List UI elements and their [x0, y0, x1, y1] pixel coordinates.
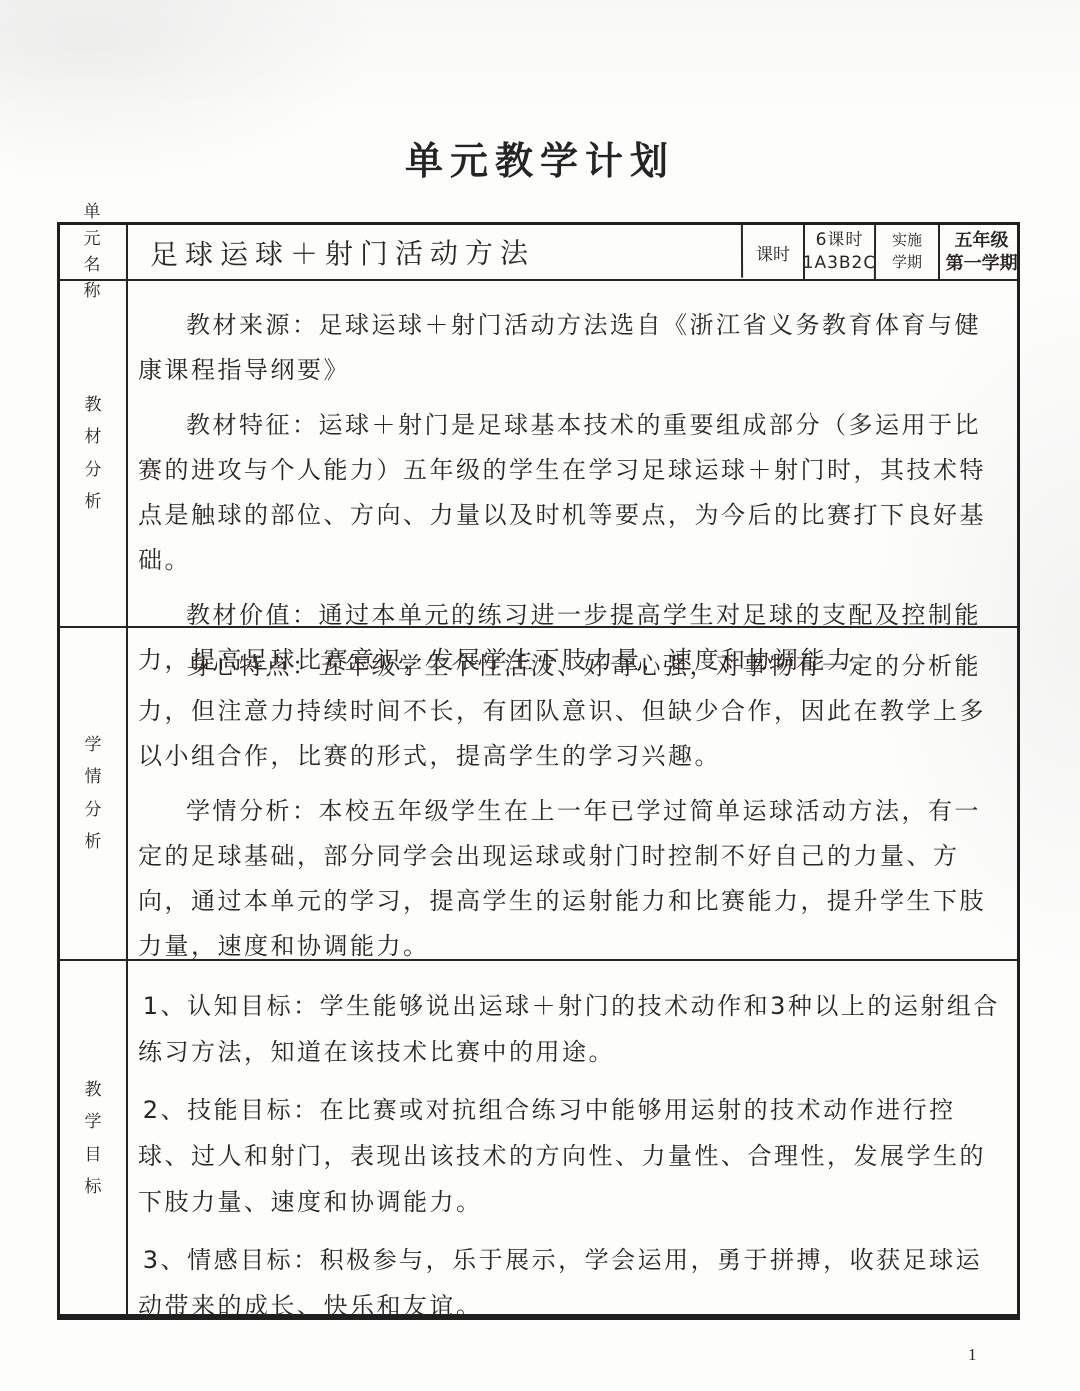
semester-label-cell: 实施学期: [876, 225, 940, 279]
learner-analysis-content: 身心特点：五年级学生个性活泼、好奇心强，对事物有一定的分析能力，但注意力持续时间…: [128, 628, 1017, 959]
unit-plan-table: 单元名称 足球运球＋射门活动方法 课时 6课时 1A3B2C 实施学期 五年级 …: [57, 222, 1020, 1320]
material-analysis-label: 教材分析: [83, 389, 103, 518]
page-title: 单元教学计划: [0, 130, 1080, 185]
teaching-objectives-content: 1、认知目标：学生能够说出运球＋射门的技术动作和3种以上的运射组合练习方法，知道…: [128, 961, 1017, 1316]
section-row-material-analysis: 教材分析 教材来源：足球运球＋射门活动方法选自《浙江省义务教育体育与健康课程指导…: [60, 281, 1017, 628]
lesson-hours-label-cell: 课时: [743, 225, 805, 279]
unit-name-value: 足球运球＋射门活动方法: [150, 232, 535, 274]
lesson-hours-value-cell: 6课时 1A3B2C: [805, 225, 876, 279]
lesson-hours-line2: 1A3B2C: [803, 252, 877, 275]
material-analysis-label-cell: 教材分析: [60, 281, 128, 626]
section-row-teaching-objectives: 教学目标 1、认知目标：学生能够说出运球＋射门的技术动作和3种以上的运射组合练习…: [60, 961, 1017, 1316]
learner-analysis-label-cell: 学情分析: [60, 628, 128, 959]
unit-name-label-cell: 单元名称: [60, 225, 128, 279]
material-analysis-content: 教材来源：足球运球＋射门活动方法选自《浙江省义务教育体育与健康课程指导纲要》 教…: [128, 281, 1017, 626]
semester-line2: 第一学期: [946, 252, 1018, 276]
paragraph: 身心特点：五年级学生个性活泼、好奇心强，对事物有一定的分析能力，但注意力持续时间…: [138, 644, 1001, 779]
paragraph: 学情分析：本校五年级学生在上一年已学过简单运球活动方法，有一定的足球基础，部分同…: [138, 789, 1001, 969]
section-row-learner-analysis: 学情分析 身心特点：五年级学生个性活泼、好奇心强，对事物有一定的分析能力，但注意…: [60, 628, 1017, 961]
paragraph: 教材来源：足球运球＋射门活动方法选自《浙江省义务教育体育与健康课程指导纲要》: [138, 303, 1001, 393]
page-number: 1: [968, 1345, 977, 1365]
paragraph: 教材特征：运球＋射门是足球基本技术的重要组成部分（多运用于比赛的进攻与个人能力）…: [138, 403, 1001, 583]
semester-value-cell: 五年级 第一学期: [940, 225, 1023, 279]
learner-analysis-label: 学情分析: [83, 729, 103, 858]
paragraph: 1、认知目标：学生能够说出运球＋射门的技术动作和3种以上的运射组合练习方法，知道…: [138, 983, 1001, 1075]
semester-label: 实施学期: [891, 230, 924, 275]
unit-name-value-cell: 足球运球＋射门活动方法: [128, 224, 743, 281]
lesson-hours-label: 课时: [756, 240, 790, 265]
header-row: 单元名称 足球运球＋射门活动方法 课时 6课时 1A3B2C 实施学期 五年级 …: [60, 225, 1017, 281]
semester-line1: 五年级: [954, 228, 1008, 252]
paragraph: 2、技能目标：在比赛或对抗组合练习中能够用运射的技术动作进行控球、过人和射门，表…: [138, 1087, 1001, 1225]
teaching-objectives-label-cell: 教学目标: [60, 961, 128, 1316]
teaching-objectives-label: 教学目标: [83, 1074, 103, 1203]
paragraph: 3、情感目标：积极参与，乐于展示，学会运用，勇于拼搏，收获足球运动带来的成长、快…: [138, 1237, 1001, 1329]
lesson-hours-line1: 6课时: [816, 229, 864, 252]
